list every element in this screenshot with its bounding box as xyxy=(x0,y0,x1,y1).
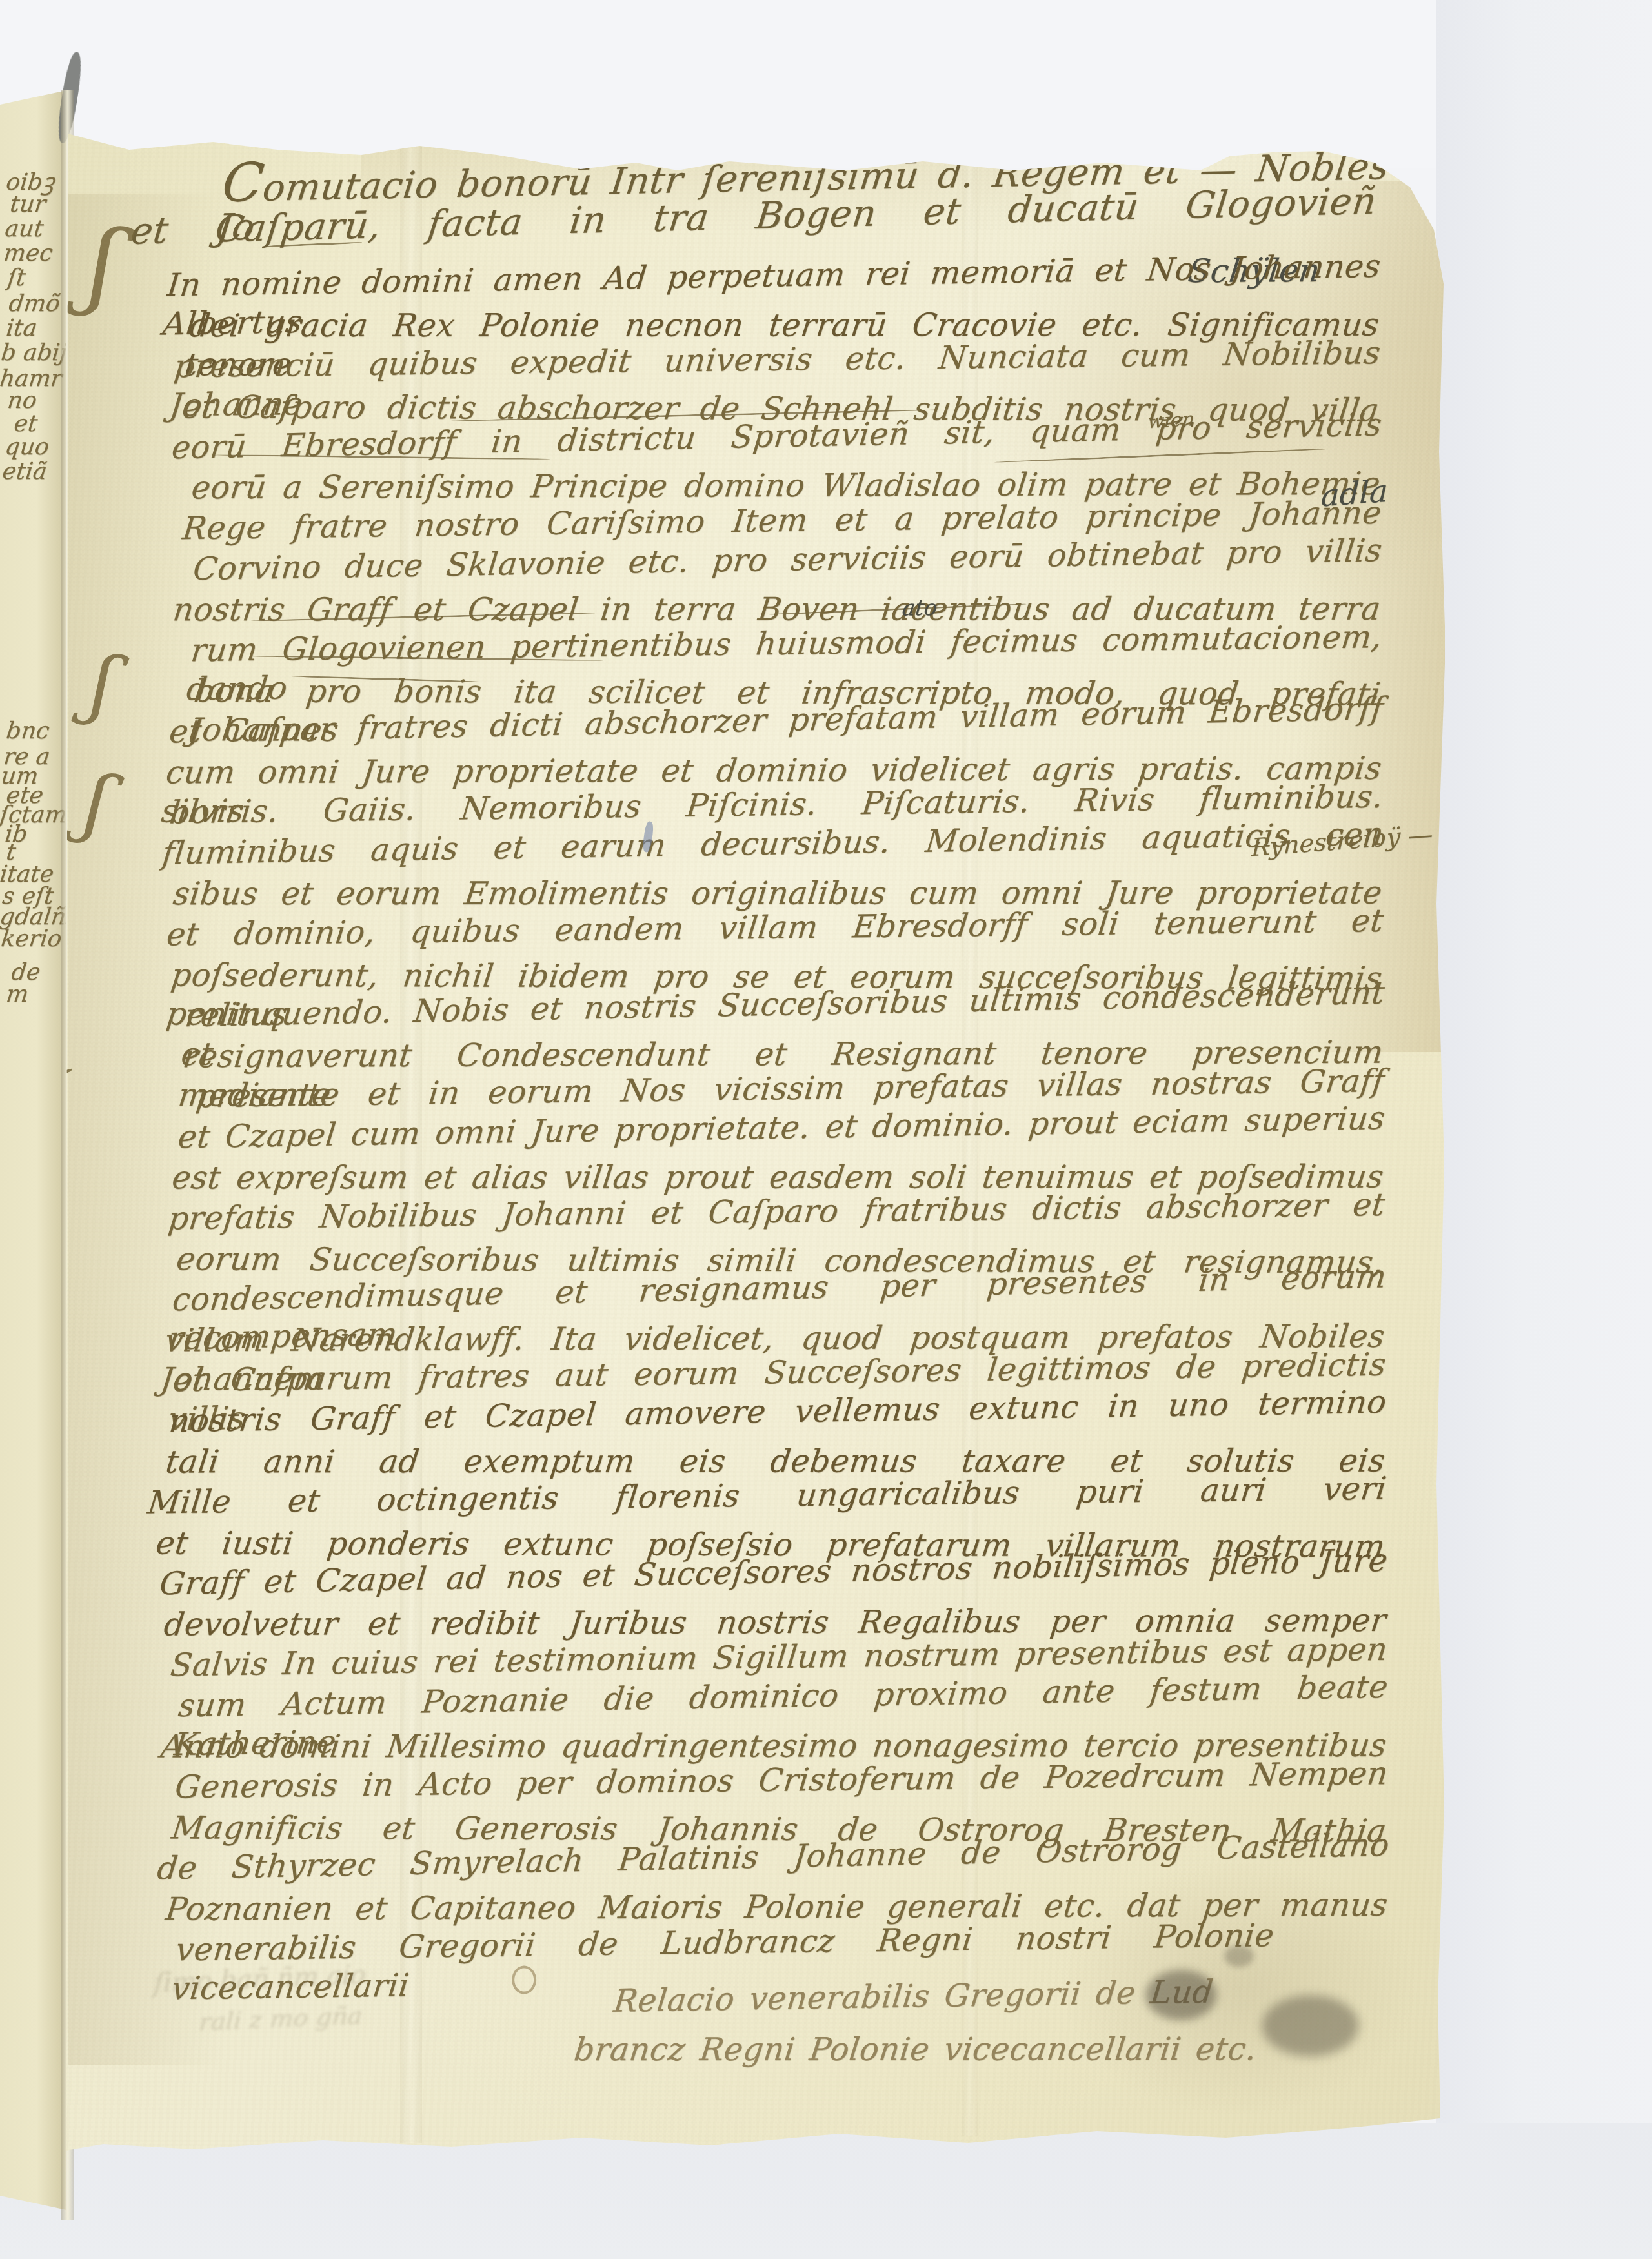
adjacent-page-edge: oibꝫturautmecſtdmõitab abijshamrnoetquoe… xyxy=(0,85,66,2215)
text-line: brancz Regni Polonie vicecancellarii etc… xyxy=(572,2030,1259,2072)
text-line: In nomine domini amen Ad perpetuam rei m… xyxy=(165,247,1383,308)
margin-note: ato xyxy=(901,595,938,621)
margin-note: adla xyxy=(1320,473,1388,514)
initial-flourish: ʃ xyxy=(83,207,124,322)
ink-ring-mark xyxy=(512,1965,536,1994)
initial-flourish: ʃ xyxy=(77,757,116,849)
strip-text-fragment: et xyxy=(12,410,39,437)
margin-note: wien xyxy=(1147,408,1195,433)
strip-text-fragment: m xyxy=(5,981,30,1008)
manuscript-page: 172. Comutacio bonorū Intr ſereniſsimū d… xyxy=(0,0,1652,2259)
bleedthrough-line: rali z mo gña xyxy=(198,2001,363,2036)
strip-text-fragment: bnc xyxy=(5,718,50,744)
strip-text-fragment: ſt xyxy=(6,265,27,291)
strip-text-fragment: mec xyxy=(2,240,54,267)
initial-flourish: ʃ xyxy=(85,638,121,731)
strip-text-fragment: no xyxy=(6,387,38,414)
strip-text-fragment: kerio xyxy=(0,926,63,952)
backing-sheet-top xyxy=(0,0,1652,168)
ink-smudge xyxy=(1224,1945,1254,1967)
ink-smudge xyxy=(1262,1995,1358,2057)
ink-smudge xyxy=(1145,1970,1216,2021)
strip-text-fragment: aut xyxy=(3,216,45,242)
strip-text-fragment: ita xyxy=(5,315,38,341)
text-line: Relacio venerabilis Gregorii de Lud xyxy=(612,1972,1216,2023)
strip-text-fragment: quo xyxy=(3,434,50,460)
strip-text-fragment: etiã xyxy=(1,458,48,485)
backing-sheet-right xyxy=(1436,0,1652,2259)
strip-text-fragment: dmõ xyxy=(7,290,61,317)
strip-text-fragment: tur xyxy=(8,191,47,218)
